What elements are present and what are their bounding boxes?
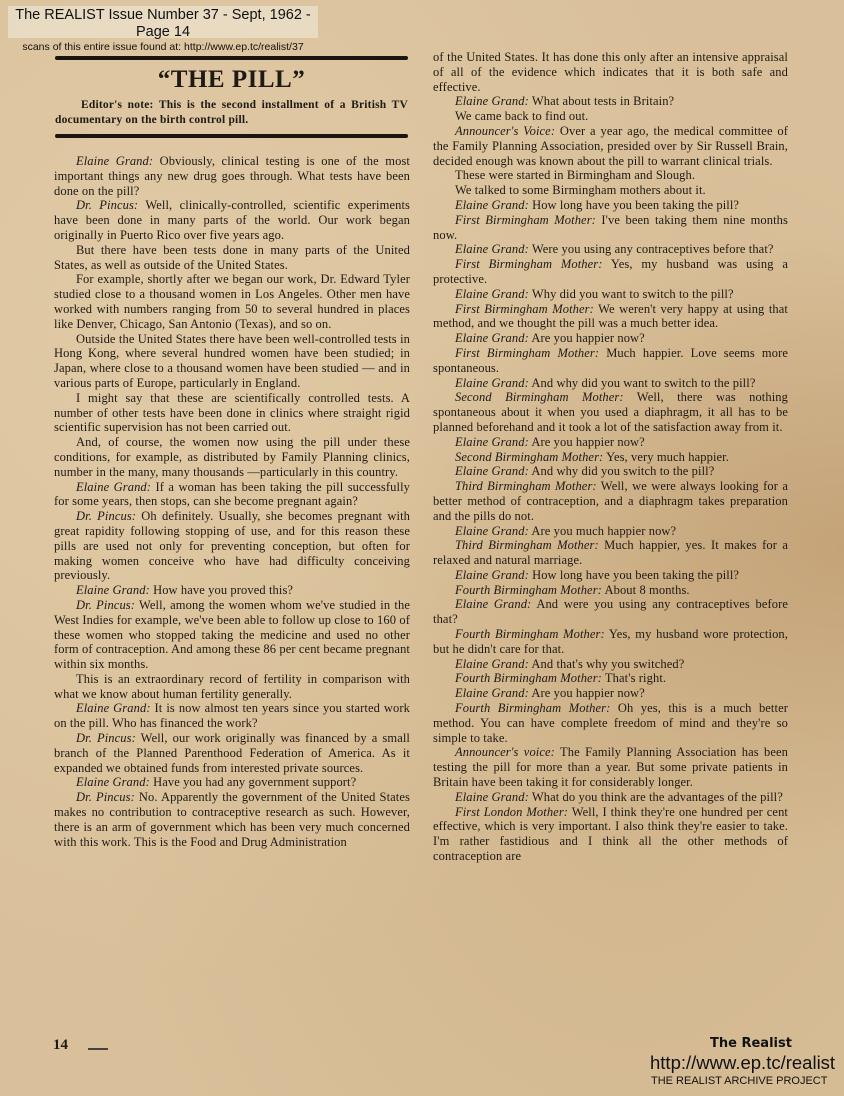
speaker-label: Announcer's voice: <box>455 745 555 759</box>
paragraph-text: Have you had any government support? <box>150 775 356 789</box>
paragraph: Dr. Pincus: Oh definitely. Usually, she … <box>54 509 410 583</box>
paragraph: Fourth Birmingham Mother: Oh yes, this i… <box>433 701 788 745</box>
speaker-label: Elaine Grand: <box>455 524 529 538</box>
paragraph: of the United States. It has done this o… <box>433 50 788 94</box>
page-number: 14 <box>53 1037 68 1054</box>
paragraph: Dr. Pincus: No. Apparently the governmen… <box>54 790 410 849</box>
paragraph-text: Are you happier now? <box>529 331 645 345</box>
speaker-label: Third Birmingham Mother: <box>455 538 599 552</box>
paragraph-text: Yes, very much happier. <box>603 450 729 464</box>
paragraph: We came back to find out. <box>433 109 788 124</box>
paragraph-text: These were started in Birmingham and Slo… <box>455 168 695 182</box>
paragraph-text: And that's why you switched? <box>529 657 684 671</box>
speaker-label: Dr. Pincus: <box>76 509 136 523</box>
paragraph: Elaine Grand: Are you happier now? <box>433 435 788 450</box>
speaker-label: Dr. Pincus: <box>76 731 136 745</box>
paragraph-text: But there have been tests done in many p… <box>54 243 410 272</box>
paragraph: Elaine Grand: It is now almost ten years… <box>54 701 410 731</box>
paragraph: This is an extraordinary record of ferti… <box>54 672 410 702</box>
paragraph: First Birmingham Mother: I've been takin… <box>433 213 788 243</box>
speaker-label: First Birmingham Mother: <box>455 302 594 316</box>
archive-header: The REALIST Issue Number 37 - Sept, 1962… <box>8 6 318 38</box>
speaker-label: Elaine Grand: <box>76 775 150 789</box>
paragraph: First Birmingham Mother: We weren't very… <box>433 302 788 332</box>
paragraph: First Birmingham Mother: Much happier. L… <box>433 346 788 376</box>
paragraph: Announcer's voice: The Family Planning A… <box>433 745 788 789</box>
paragraph-text: Are you much happier now? <box>529 524 676 538</box>
speaker-label: Dr. Pincus: <box>76 790 135 804</box>
paragraph: Third Birmingham Mother: Well, we were a… <box>433 479 788 523</box>
paragraph: Elaine Grand: Obviously, clinical testin… <box>54 154 410 198</box>
paragraph-text: What do you think are the advantages of … <box>529 790 783 804</box>
archive-project-label: THE REALIST ARCHIVE PROJECT <box>651 1075 827 1087</box>
paragraph: Elaine Grand: Have you had any governmen… <box>54 775 410 790</box>
realist-brand-logo: The Realist <box>710 1036 792 1051</box>
paragraph-text: of the United States. It has done this o… <box>433 50 788 94</box>
paragraph: Elaine Grand: How long have you been tak… <box>433 568 788 583</box>
paragraph-text: This is an extraordinary record of ferti… <box>54 672 410 701</box>
speaker-label: Elaine Grand: <box>76 701 151 715</box>
paragraph-text: For example, shortly after we began our … <box>54 272 410 330</box>
speaker-label: Elaine Grand: <box>455 435 529 449</box>
speaker-label: First London Mother: <box>455 805 568 819</box>
paragraph: Elaine Grand: How have you proved this? <box>54 583 410 598</box>
paragraph: Second Birmingham Mother: Well, there wa… <box>433 390 788 434</box>
paragraph-text: How long have you been taking the pill? <box>529 198 739 212</box>
paragraph: Elaine Grand: What do you think are the … <box>433 790 788 805</box>
paragraph-text: How have you proved this? <box>150 583 293 597</box>
archive-url[interactable]: http://www.ep.tc/realist <box>650 1052 835 1074</box>
paragraph: Elaine Grand: Are you happier now? <box>433 686 788 701</box>
speaker-label: Second Birmingham Mother: <box>455 390 624 404</box>
left-column: Elaine Grand: Obviously, clinical testin… <box>54 154 410 849</box>
speaker-label: Elaine Grand: <box>455 242 529 256</box>
paragraph: First Birmingham Mother: Yes, my husband… <box>433 257 788 287</box>
paragraph: Third Birmingham Mother: Much happier, y… <box>433 538 788 568</box>
paragraph: I might say that these are scientificall… <box>54 391 410 435</box>
speaker-label: Second Birmingham Mother: <box>455 450 603 464</box>
paragraph-text: Were you using any contraceptives before… <box>529 242 774 256</box>
paragraph: Elaine Grand: Were you using any contrac… <box>433 242 788 257</box>
paragraph: Fourth Birmingham Mother: That's right. <box>433 671 788 686</box>
speaker-label: Elaine Grand: <box>76 154 153 168</box>
speaker-label: Elaine Grand: <box>455 287 529 301</box>
paragraph: Elaine Grand: And why did you switch to … <box>433 464 788 479</box>
speaker-label: Fourth Birmingham Mother: <box>455 671 602 685</box>
paragraph: Second Birmingham Mother: Yes, very much… <box>433 450 788 465</box>
speaker-label: First Birmingham Mother: <box>455 213 596 227</box>
speaker-label: Elaine Grand: <box>76 583 150 597</box>
speaker-label: Fourth Birmingham Mother: <box>455 627 605 641</box>
speaker-label: First Birmingham Mother: <box>455 257 603 271</box>
speaker-label: Dr. Pincus: <box>76 198 138 212</box>
paragraph: Elaine Grand: And were you using any con… <box>433 597 788 627</box>
paragraph: Dr. Pincus: Well, among the women whom w… <box>54 598 410 672</box>
paragraph: But there have been tests done in many p… <box>54 243 410 273</box>
paragraph-text: How long have you been taking the pill? <box>529 568 739 582</box>
paragraph: Outside the United States there have bee… <box>54 332 410 391</box>
speaker-label: Elaine Grand: <box>455 331 529 345</box>
title-rule-bottom <box>55 134 408 138</box>
paragraph-text: That's right. <box>602 671 666 685</box>
speaker-label: Elaine Grand: <box>76 480 151 494</box>
paragraph: Fourth Birmingham Mother: Yes, my husban… <box>433 627 788 657</box>
paragraph-text: What about tests in Britain? <box>529 94 674 108</box>
speaker-label: Fourth Birmingham Mother: <box>455 583 602 597</box>
paragraph-text: I might say that these are scientificall… <box>54 391 410 435</box>
speaker-label: Fourth Birmingham Mother: <box>455 701 610 715</box>
paragraph: Fourth Birmingham Mother: About 8 months… <box>433 583 788 598</box>
paragraph-text: Outside the United States there have bee… <box>54 332 410 390</box>
paragraph: We talked to some Birmingham mothers abo… <box>433 183 788 198</box>
paragraph: Elaine Grand: Are you much happier now? <box>433 524 788 539</box>
paragraph: Announcer's Voice: Over a year ago, the … <box>433 124 788 168</box>
paragraph: For example, shortly after we began our … <box>54 272 410 331</box>
paragraph-text: Are you happier now? <box>529 435 645 449</box>
speaker-label: Elaine Grand: <box>455 94 529 108</box>
paragraph: Elaine Grand: And why did you want to sw… <box>433 376 788 391</box>
archive-issue-info: The REALIST Issue Number 37 - Sept, 1962… <box>8 6 318 41</box>
paragraph: Dr. Pincus: Well, clinically-controlled,… <box>54 198 410 242</box>
paragraph-text: Are you happier now? <box>529 686 645 700</box>
paragraph: Elaine Grand: How long have you been tak… <box>433 198 788 213</box>
paragraph: Dr. Pincus: Well, our work originally wa… <box>54 731 410 775</box>
paragraph: Elaine Grand: Are you happier now? <box>433 331 788 346</box>
speaker-label: Elaine Grand: <box>455 464 529 478</box>
archive-scan-source: scans of this entire issue found at: htt… <box>8 41 318 53</box>
speaker-label: Elaine Grand: <box>455 597 531 611</box>
speaker-label: First Birmingham Mother: <box>455 346 599 360</box>
paragraph: Elaine Grand: And that's why you switche… <box>433 657 788 672</box>
speaker-label: Elaine Grand: <box>455 657 529 671</box>
speaker-label: Announcer's Voice: <box>455 124 555 138</box>
article-title: “THE PILL” <box>55 66 408 94</box>
editors-note: Editor's note: This is the second instal… <box>55 98 408 128</box>
speaker-label: Elaine Grand: <box>455 686 529 700</box>
right-column: of the United States. It has done this o… <box>433 50 788 864</box>
paragraph-text: We talked to some Birmingham mothers abo… <box>455 183 706 197</box>
paragraph-text: About 8 months. <box>602 583 690 597</box>
speaker-label: Elaine Grand: <box>455 568 529 582</box>
paragraph-text: Why did you want to switch to the pill? <box>529 287 734 301</box>
speaker-label: Elaine Grand: <box>455 198 529 212</box>
paragraph: These were started in Birmingham and Slo… <box>433 168 788 183</box>
paragraph-text: And why did you want to switch to the pi… <box>529 376 756 390</box>
speaker-label: Elaine Grand: <box>455 376 529 390</box>
paragraph: Elaine Grand: Why did you want to switch… <box>433 287 788 302</box>
speaker-label: Elaine Grand: <box>455 790 529 804</box>
speaker-label: Third Birmingham Mother: <box>455 479 597 493</box>
title-rule-top <box>55 56 408 60</box>
speaker-label: Dr. Pincus: <box>76 598 135 612</box>
print-smudge <box>88 1048 108 1050</box>
paragraph: And, of course, the women now using the … <box>54 435 410 479</box>
paragraph: First London Mother: Well, I think they'… <box>433 805 788 864</box>
paragraph-text: And, of course, the women now using the … <box>54 435 410 479</box>
paragraph-text: We came back to find out. <box>455 109 588 123</box>
paragraph-text: And why did you switch to the pill? <box>529 464 715 478</box>
paragraph: Elaine Grand: If a woman has been taking… <box>54 480 410 510</box>
paragraph: Elaine Grand: What about tests in Britai… <box>433 94 788 109</box>
